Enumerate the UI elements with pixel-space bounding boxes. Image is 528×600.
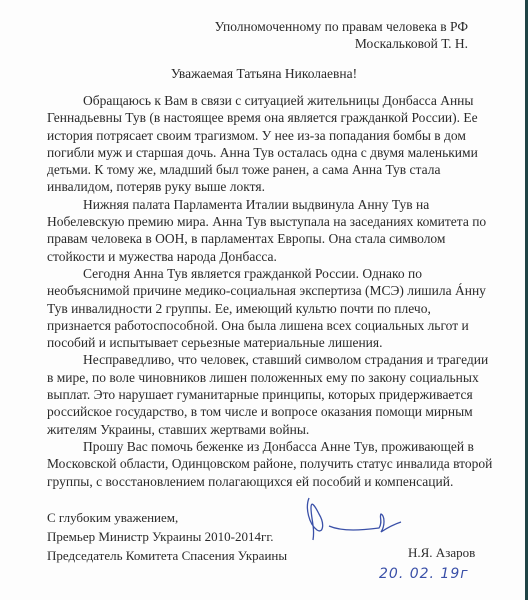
addressee-line-1: Уполномоченному по правам человека в РФ: [215, 18, 468, 35]
signer-name: Н.Я. Азаров: [408, 545, 475, 561]
paragraph-2: Нижняя палата Парламента Италии выдвинул…: [47, 196, 495, 265]
closing-line-1: С глубоким уважением,: [47, 508, 287, 527]
paragraph-3: Сегодня Анна Тув является гражданкой Рос…: [47, 265, 495, 351]
addressee-block: Уполномоченному по правам человека в РФ …: [215, 18, 468, 52]
closing-line-3: Председатель Комитета Спасения Украины: [47, 546, 287, 565]
handwritten-date: 20. 02. 19г: [379, 566, 469, 582]
paragraph-1: Обращаюсь к Вам в связи с ситуацией жите…: [47, 92, 495, 196]
letter-body: Обращаюсь к Вам в связи с ситуацией жите…: [47, 92, 495, 490]
greeting: Уважаемая Татьяна Николаевна!: [0, 66, 528, 82]
handwritten-signature-icon: [303, 494, 403, 544]
closing-block: С глубоким уважением, Премьер Министр Ук…: [47, 508, 287, 565]
closing-line-2: Премьер Министр Украины 2010-2014гг.: [47, 527, 287, 546]
paragraph-5: Прошу Вас помочь беженке из Донбасса Анн…: [47, 438, 495, 490]
paragraph-4: Несправедливо, что человек, ставший симв…: [47, 351, 495, 437]
addressee-line-2: Москальковой Т. Н.: [215, 35, 468, 52]
